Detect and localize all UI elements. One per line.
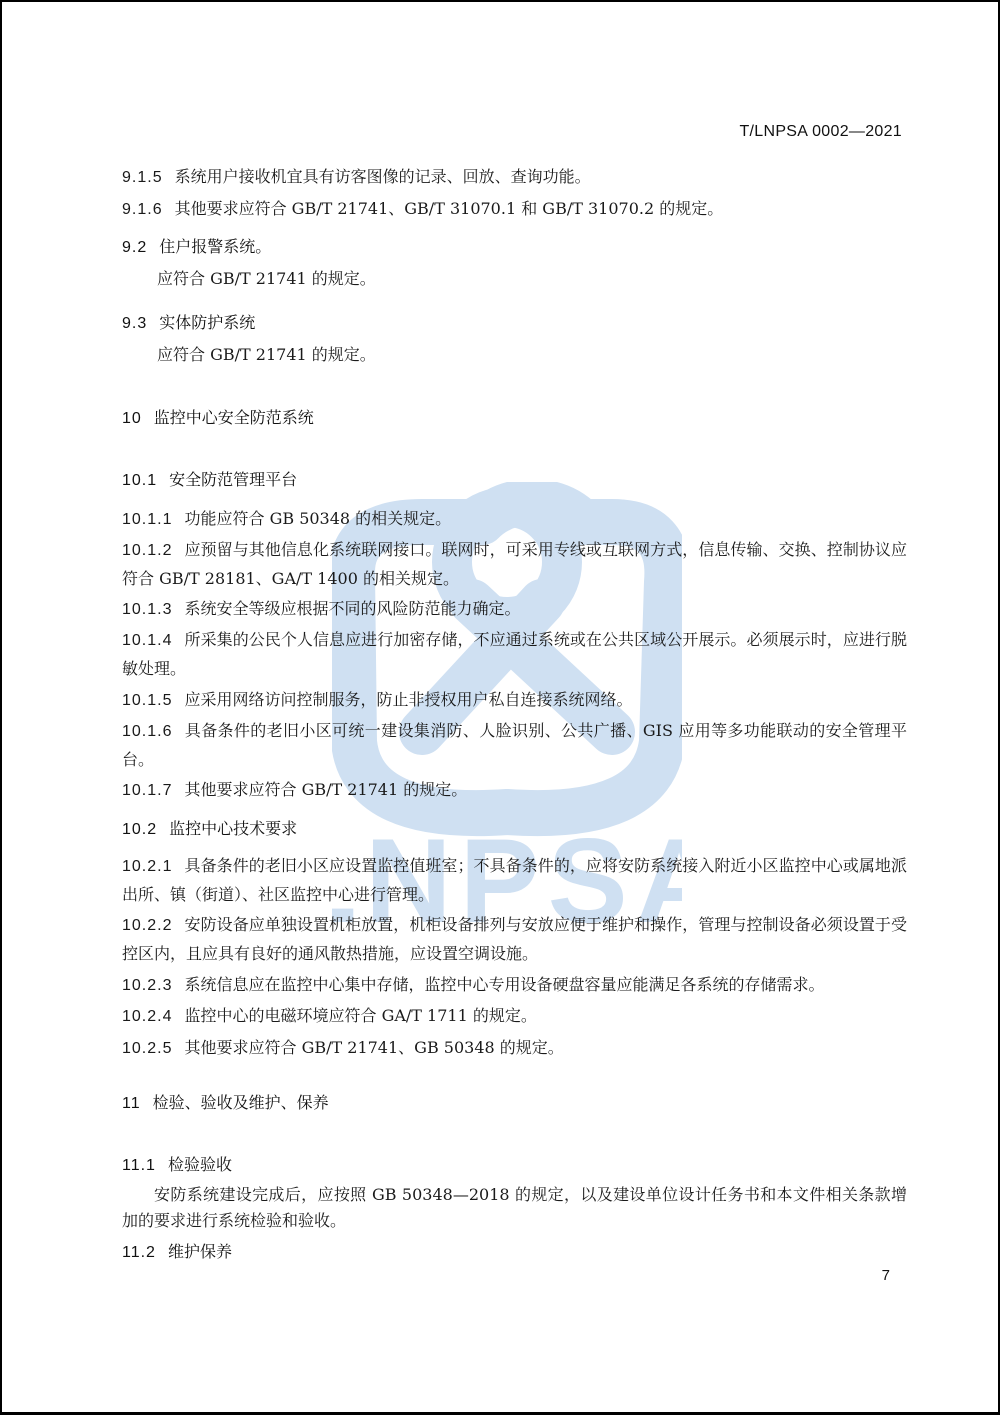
- clause-10-1-2: 10.1.2应预留与其他信息化系统联网接口。联网时，可采用专线或互联网方式，信息…: [122, 536, 907, 593]
- section-9-3-heading: 9.3实体防护系统: [122, 313, 255, 334]
- document-page: LNPSA T/LNPSA 0002—2021 9.1.5系统用户接收机宜具有访…: [0, 0, 1000, 1415]
- clause-9-1-6: 9.1.6其他要求应符合 GB/T 21741、GB/T 31070.1 和 G…: [122, 199, 723, 220]
- section-11-1-heading: 11.1检验验收: [122, 1155, 232, 1176]
- clause-10-2-1: 10.2.1具备条件的老旧小区应设置监控值班室；不具备条件的，应将安防系统接入附…: [122, 852, 907, 909]
- document-id: T/LNPSA 0002—2021: [739, 123, 902, 141]
- section-10-2-heading: 10.2监控中心技术要求: [122, 819, 297, 840]
- section-9-2-heading: 9.2住户报警系统。: [122, 237, 271, 258]
- page-number: 7: [882, 1267, 890, 1284]
- chapter-10-heading: 10监控中心安全防范系统: [122, 408, 314, 429]
- clause-10-2-5: 10.2.5其他要求应符合 GB/T 21741、GB 50348 的规定。: [122, 1038, 564, 1059]
- clause-10-1-5: 10.1.5应采用网络访问控制服务，防止非授权用户私自连接系统网络。: [122, 690, 633, 711]
- section-11-1-body: 安防系统建设完成后，应按照 GB 50348—2018 的规定，以及建设单位设计…: [122, 1182, 907, 1234]
- clause-10-1-4: 10.1.4所采集的公民个人信息应进行加密存储，不应通过系统或在公共区域公开展示…: [122, 626, 907, 683]
- section-9-3-body: 应符合 GB/T 21741 的规定。: [157, 345, 376, 365]
- clause-10-1-7: 10.1.7其他要求应符合 GB/T 21741 的规定。: [122, 780, 467, 801]
- chapter-11-heading: 11检验、验收及维护、保养: [122, 1093, 329, 1114]
- clause-10-2-2: 10.2.2安防设备应单独设置机柜放置，机柜设备排列与安放应便于维护和操作，管理…: [122, 911, 907, 968]
- clause-10-1-1: 10.1.1功能应符合 GB 50348 的相关规定。: [122, 509, 451, 530]
- clause-10-1-3: 10.1.3系统安全等级应根据不同的风险防范能力确定。: [122, 599, 521, 620]
- clause-9-1-5: 9.1.5系统用户接收机宜具有访客图像的记录、回放、查询功能。: [122, 167, 591, 188]
- clause-10-2-4: 10.2.4监控中心的电磁环境应符合 GA/T 1711 的规定。: [122, 1006, 537, 1027]
- clause-10-2-3: 10.2.3系统信息应在监控中心集中存储，监控中心专用设备硬盘容量应能满足各系统…: [122, 975, 825, 996]
- section-9-2-body: 应符合 GB/T 21741 的规定。: [157, 269, 376, 289]
- section-10-1-heading: 10.1安全防范管理平台: [122, 470, 297, 491]
- clause-10-1-6: 10.1.6具备条件的老旧小区可统一建设集消防、人脸识别、公共广播、GIS 应用…: [122, 717, 907, 774]
- section-11-2-heading: 11.2维护保养: [122, 1242, 232, 1263]
